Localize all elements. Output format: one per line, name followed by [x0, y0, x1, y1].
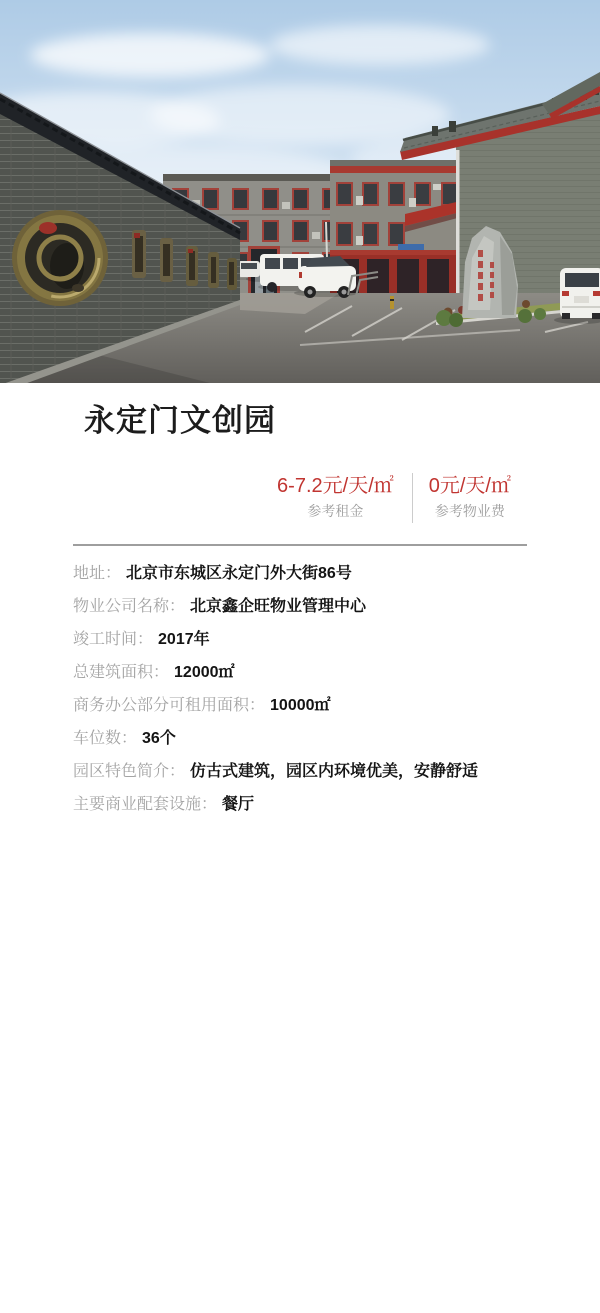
property-fee-block: 0元/天/㎡ 参考物业费 — [412, 473, 527, 523]
property-fee-label: 参考物业费 — [429, 502, 511, 521]
detail-row-commercial-facilities: 主要商业配套设施：餐厅 — [73, 788, 527, 821]
detail-value: 北京市东城区永定门外大街86号 — [126, 565, 352, 582]
detail-value: 12000㎡ — [174, 664, 235, 681]
detail-row-total-area: 总建筑面积：12000㎡ — [73, 656, 527, 689]
pricing-section: 6-7.2元/天/㎡ 参考租金 0元/天/㎡ 参考物业费 — [73, 473, 527, 523]
section-divider — [73, 544, 527, 546]
rent-price-block: 6-7.2元/天/㎡ 参考租金 — [259, 473, 412, 523]
detail-label: 商务办公部分可租用面积： — [73, 697, 265, 714]
detail-value: 餐厅 — [222, 796, 254, 813]
property-photo[interactable] — [0, 0, 600, 383]
details-list: 地址：北京市东城区永定门外大街86号 物业公司名称：北京鑫企旺物业管理中心 竣工… — [73, 557, 527, 821]
detail-row-features: 园区特色简介：仿古式建筑，园区内环境优美，安静舒适 — [73, 755, 527, 788]
property-photo-illustration — [0, 0, 600, 383]
detail-label: 地址： — [73, 565, 121, 582]
page-title: 永定门文创园 — [84, 404, 527, 437]
detail-value: 仿古式建筑，园区内环境优美，安静舒适 — [190, 763, 478, 780]
detail-value: 2017年 — [158, 631, 210, 648]
detail-label: 车位数： — [73, 730, 137, 747]
detail-row-address: 地址：北京市东城区永定门外大街86号 — [73, 557, 527, 590]
property-fee-value: 0元/天/㎡ — [429, 475, 511, 498]
detail-label: 物业公司名称： — [73, 598, 185, 615]
detail-label: 主要商业配套设施： — [73, 796, 217, 813]
detail-row-rentable-area: 商务办公部分可租用面积：10000㎡ — [73, 689, 527, 722]
detail-label: 竣工时间： — [73, 631, 153, 648]
rent-price-value: 6-7.2元/天/㎡ — [277, 475, 394, 498]
rent-price-label: 参考租金 — [277, 502, 394, 521]
detail-label: 总建筑面积： — [73, 664, 169, 681]
detail-row-parking: 车位数：36个 — [73, 722, 527, 755]
detail-row-completion-year: 竣工时间：2017年 — [73, 623, 527, 656]
listing-content: 永定门文创园 6-7.2元/天/㎡ 参考租金 0元/天/㎡ 参考物业费 地址：北… — [0, 404, 600, 821]
detail-row-property-company: 物业公司名称：北京鑫企旺物业管理中心 — [73, 590, 527, 623]
detail-value: 10000㎡ — [270, 697, 331, 714]
detail-value: 北京鑫企旺物业管理中心 — [190, 598, 366, 615]
detail-label: 园区特色简介： — [73, 763, 185, 780]
detail-value: 36个 — [142, 730, 176, 747]
